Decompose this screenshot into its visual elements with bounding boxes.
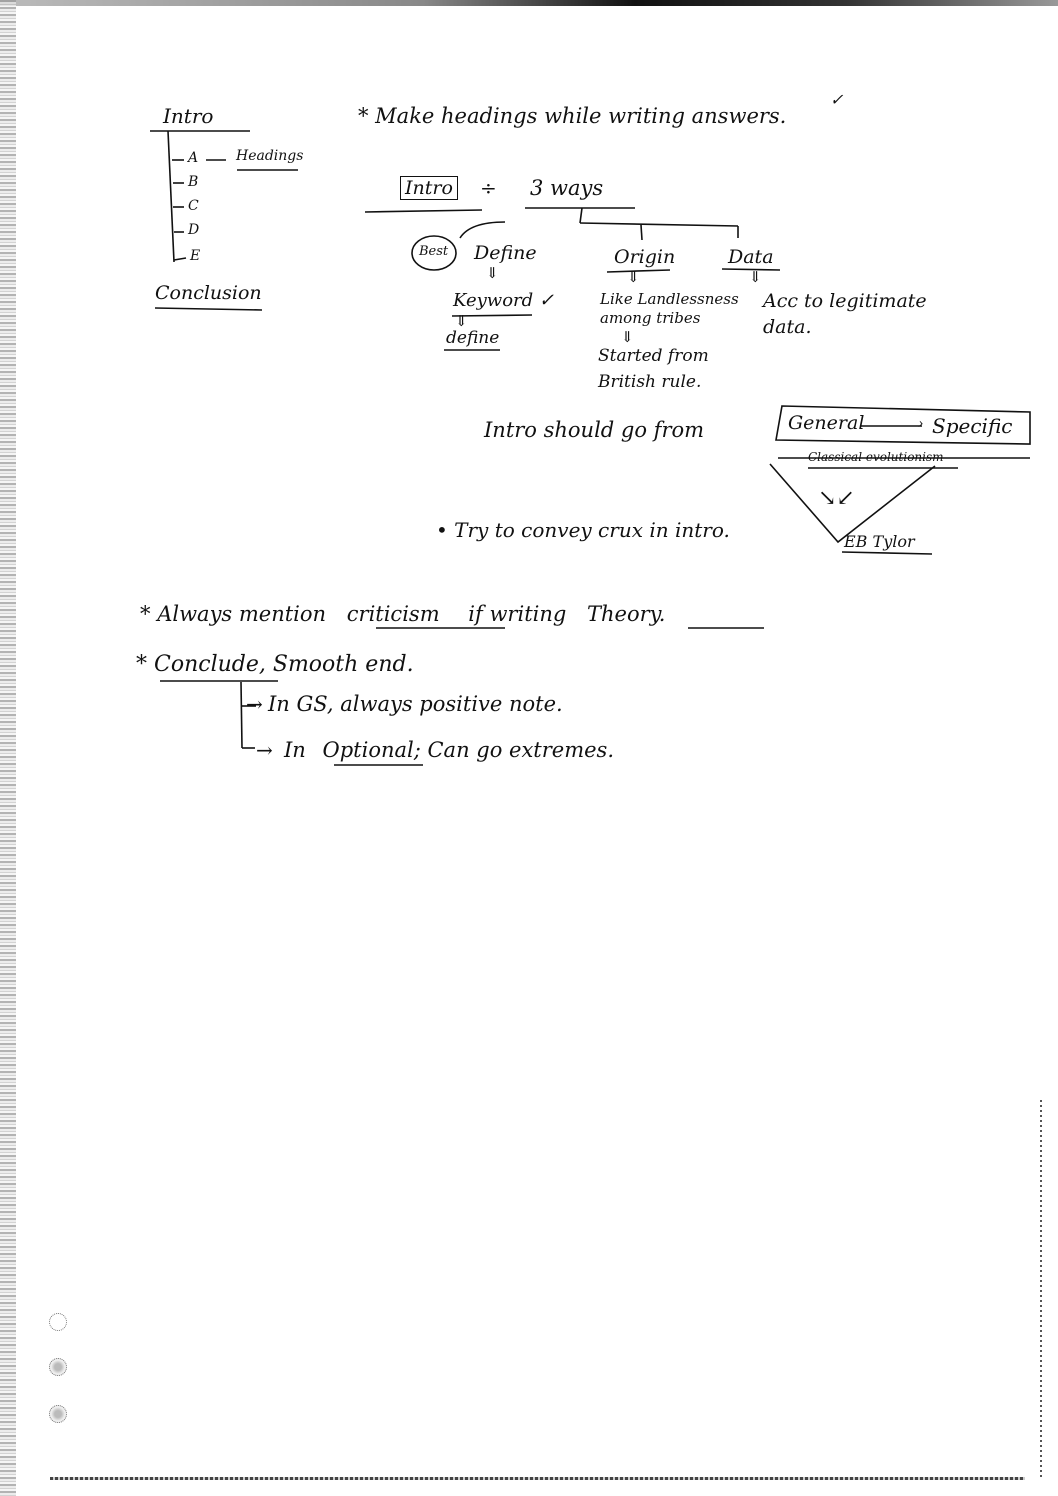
note-criticism: * Always mention criticism if writing Th… bbox=[140, 602, 665, 626]
outline-conclusion-heading: Conclusion bbox=[155, 282, 262, 304]
branch-origin-sub2: Started from British rule. bbox=[598, 343, 738, 395]
note-conclude: * Conclude, Smooth end. bbox=[136, 652, 414, 677]
note-conclude-gs: In GS, always positive note. bbox=[268, 692, 563, 716]
outline-item-a: A bbox=[188, 150, 198, 166]
ways-label: 3 ways bbox=[530, 176, 603, 200]
outline-item-c: C bbox=[188, 198, 199, 214]
funnel-arrows-icon: ↘↙ bbox=[818, 486, 855, 511]
outline-intro-heading: Intro bbox=[163, 104, 213, 128]
branch-origin-sub: Like Landlessness among tribes bbox=[600, 290, 740, 328]
funnel-top-label: Classical evolutionism bbox=[808, 450, 944, 464]
bullet-star: * bbox=[136, 652, 147, 677]
note-convey-crux: • Try to convey crux in intro. bbox=[436, 518, 730, 542]
outline-item-d: D bbox=[188, 222, 199, 238]
intro-flow-prefix: Intro should go from bbox=[484, 418, 704, 442]
best-tag: Best bbox=[419, 244, 448, 259]
note-optional-post: ; Can go extremes. bbox=[414, 738, 614, 762]
branch-define-sub: Keyword ✓ bbox=[453, 290, 554, 311]
bullet-star: * bbox=[140, 602, 151, 626]
arrow-down-icon: ⇓ bbox=[627, 268, 640, 286]
funnel-bottom-label: EB Tylor bbox=[844, 532, 915, 551]
note-conclude-rest: , Smooth end. bbox=[259, 652, 414, 677]
outline-item-b: B bbox=[188, 174, 198, 190]
branch-data-sub: Acc to legitimate data. bbox=[763, 288, 953, 340]
branch-define-title: Define bbox=[474, 242, 537, 264]
note-optional-pre: In bbox=[284, 738, 306, 762]
branch-define-sub2: define bbox=[446, 328, 499, 348]
note-criticism-word: criticism bbox=[347, 602, 440, 626]
outline-headings-note: Headings bbox=[236, 148, 303, 164]
punch-hole bbox=[49, 1405, 67, 1423]
note-conclude-word: Conclude bbox=[154, 652, 259, 677]
arrow-right-icon: → bbox=[256, 738, 273, 762]
arrow-down-icon: ⇓ bbox=[749, 268, 762, 286]
intro-box-label: Intro bbox=[400, 176, 458, 200]
intro-separator: ÷ bbox=[480, 176, 497, 200]
check-mark-icon: ✓ bbox=[830, 90, 843, 109]
intro-flow-specific: Specific bbox=[932, 414, 1012, 438]
punch-hole bbox=[49, 1358, 67, 1376]
branch-origin-title: Origin bbox=[614, 246, 675, 268]
note-conclude-optional: In Optional; Can go extremes. bbox=[284, 738, 614, 762]
punch-hole bbox=[49, 1313, 67, 1331]
note-criticism-pre: Always mention bbox=[157, 602, 326, 626]
arrow-right-icon: → bbox=[246, 692, 263, 716]
arrow-right-icon: › bbox=[918, 416, 924, 432]
note-criticism-mid: if writing bbox=[468, 602, 566, 626]
branch-data-title: Data bbox=[728, 246, 774, 268]
note-optional-word: Optional bbox=[323, 738, 414, 762]
note-make-headings: * Make headings while writing answers. bbox=[358, 104, 786, 128]
intro-flow-general: General bbox=[788, 412, 864, 434]
note-criticism-end: . bbox=[659, 602, 666, 626]
outline-item-e: E bbox=[190, 248, 200, 264]
arrow-down-icon: ⇓ bbox=[486, 264, 499, 282]
note-theory-word: Theory bbox=[587, 602, 659, 626]
